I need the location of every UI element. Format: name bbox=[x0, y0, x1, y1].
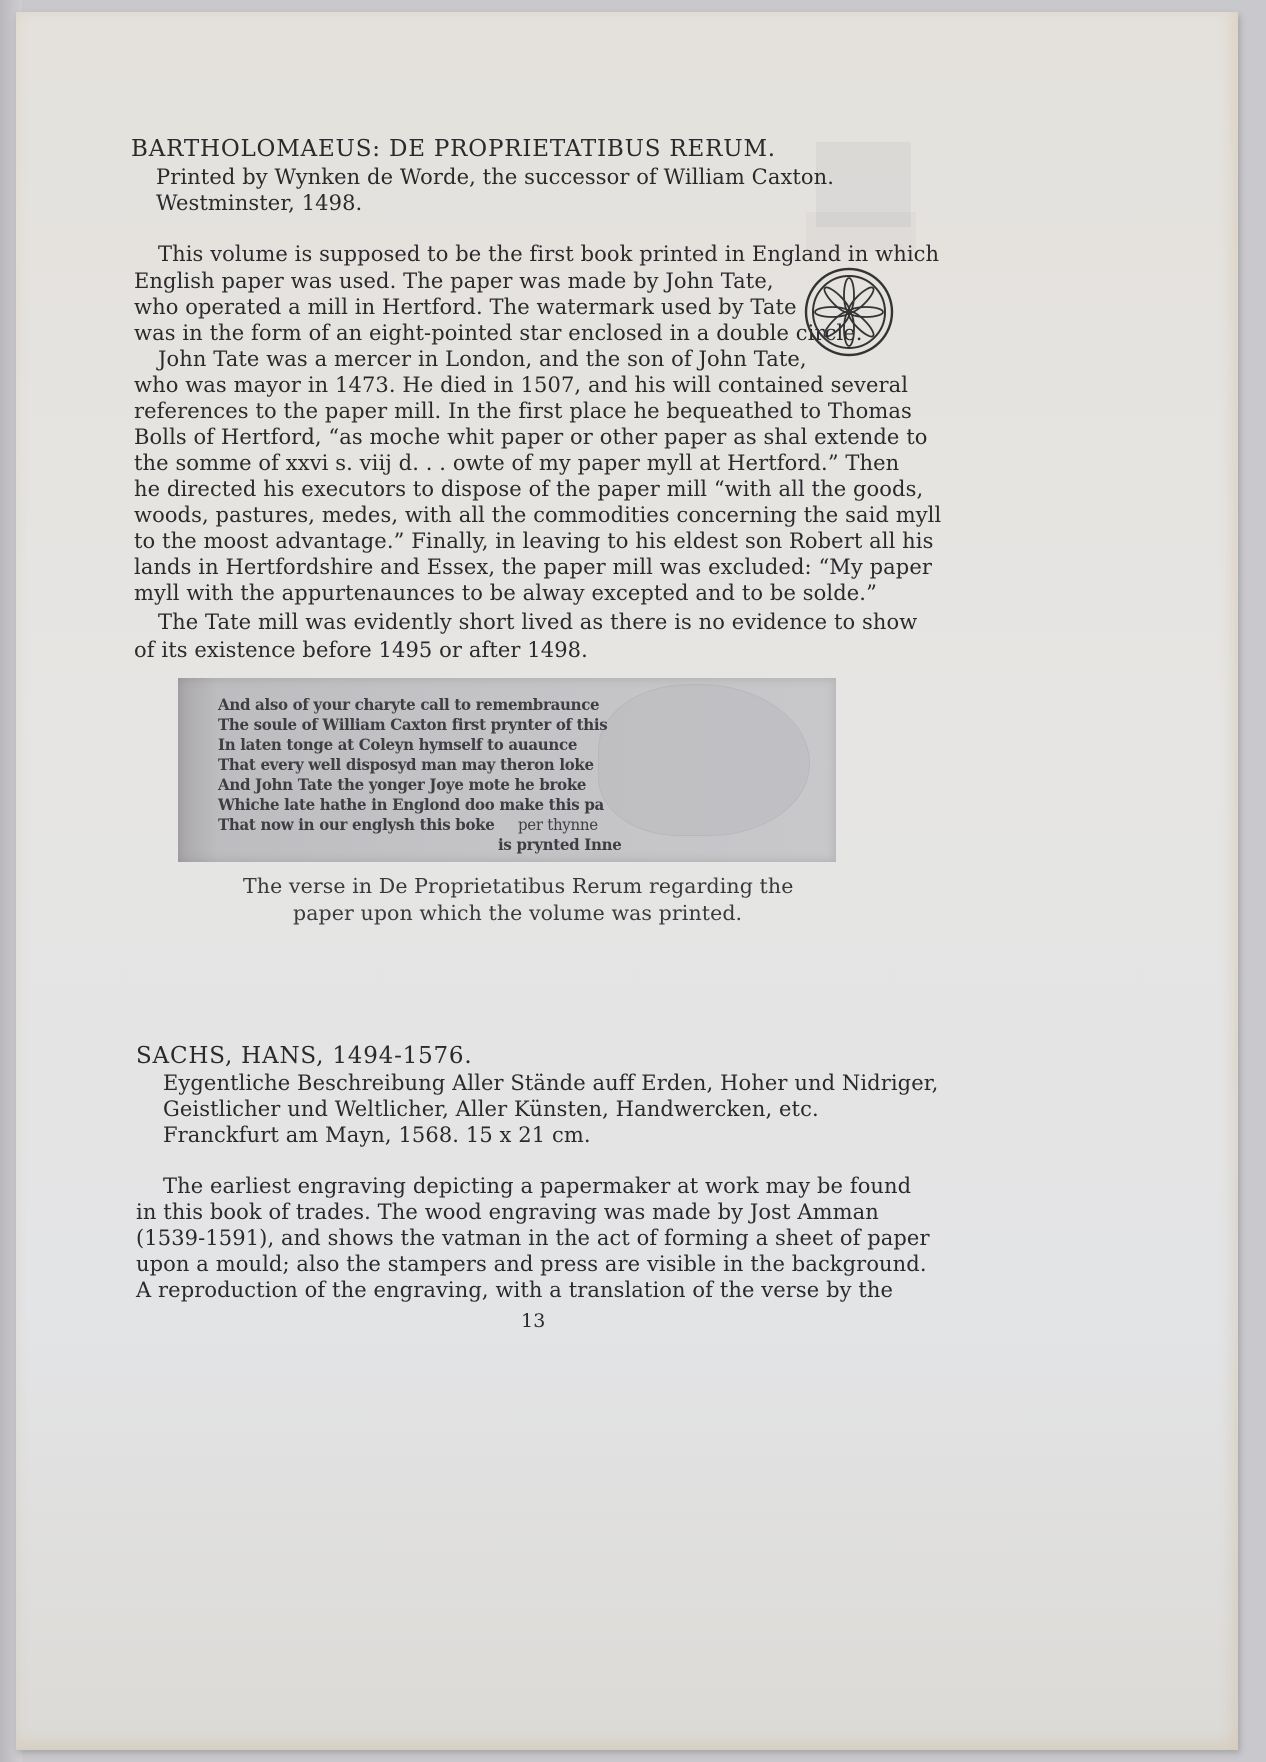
verse-margin-fragment: per thynne bbox=[518, 816, 598, 835]
entry-title-line: Eygentliche Beschreibung Aller Stände au… bbox=[163, 1073, 938, 1094]
watermark-star-icon bbox=[803, 266, 895, 358]
body-line: lands in Hertfordshire and Essex, the pa… bbox=[134, 557, 932, 578]
verse-line: And also of your charyte call to remembr… bbox=[218, 696, 599, 715]
body-line: in this book of trades. The wood engravi… bbox=[136, 1202, 879, 1223]
entry-imprint-line: Printed by Wynken de Worde, the successo… bbox=[156, 167, 834, 188]
verse-facsimile-image: And also of your charyte call to remembr… bbox=[178, 678, 836, 862]
entry-title-line: Geistlicher und Weltlicher, Aller Künste… bbox=[163, 1099, 819, 1120]
verse-line: Whiche late hathe in Englond doo make th… bbox=[218, 796, 604, 815]
body-line: Bolls of Hertford, “as moche whit paper … bbox=[134, 427, 927, 448]
figure-caption-line: paper upon which the volume was printed. bbox=[293, 903, 742, 924]
stain-mark bbox=[598, 684, 810, 836]
verse-line: The soule of William Caxton first prynte… bbox=[218, 716, 607, 735]
verse-line: That every well disposyd man may theron … bbox=[218, 756, 594, 775]
body-line: The Tate mill was evidently short lived … bbox=[158, 612, 917, 633]
entry-imprint-line: Westminster, 1498. bbox=[156, 193, 362, 214]
body-line: who was mayor in 1473. He died in 1507, … bbox=[134, 375, 908, 396]
entry-heading-bartholomaeus: BARTHOLOMAEUS: DE PROPRIETATIBUS RERUM. bbox=[131, 138, 776, 161]
body-line: upon a mould; also the stampers and pres… bbox=[136, 1254, 927, 1275]
page-number: 13 bbox=[521, 1312, 545, 1331]
body-line: The earliest engraving depicting a paper… bbox=[163, 1176, 911, 1197]
body-line: English paper was used. The paper was ma… bbox=[134, 271, 774, 292]
body-line: woods, pastures, medes, with all the com… bbox=[134, 505, 941, 526]
body-line: he directed his executors to dispose of … bbox=[134, 479, 923, 500]
verse-line: And John Tate the yonger Joye mote he br… bbox=[218, 776, 586, 795]
body-line: John Tate was a mercer in London, and th… bbox=[158, 349, 807, 370]
body-line: myll with the appurtenaunces to be alway… bbox=[134, 583, 877, 604]
entry-imprint-line: Franckfurt am Mayn, 1568. 15 x 21 cm. bbox=[163, 1125, 591, 1146]
body-line: the somme of xxvi s. viij d. . . owte of… bbox=[134, 453, 899, 474]
body-line: This volume is supposed to be the first … bbox=[158, 244, 939, 265]
verse-line: In laten tonge at Coleyn hymself to auau… bbox=[218, 736, 577, 755]
body-line: A reproduction of the engraving, with a … bbox=[136, 1280, 893, 1301]
body-line: references to the paper mill. In the fir… bbox=[134, 401, 912, 422]
body-line: (1539-1591), and shows the vatman in the… bbox=[136, 1228, 930, 1249]
figure-caption-line: The verse in De Proprietatibus Rerum reg… bbox=[243, 876, 793, 897]
body-line: who operated a mill in Hertford. The wat… bbox=[134, 297, 797, 318]
entry-heading-sachs: SACHS, HANS, 1494-1576. bbox=[136, 1045, 472, 1068]
verse-line: That now in our englysh this boke bbox=[218, 816, 495, 835]
body-line: to the moost advantage.” Finally, in lea… bbox=[134, 531, 934, 552]
body-line: was in the form of an eight-pointed star… bbox=[134, 323, 863, 344]
verse-line: is prynted Inne bbox=[498, 836, 621, 855]
body-line: of its existence before 1495 or after 14… bbox=[134, 640, 588, 661]
